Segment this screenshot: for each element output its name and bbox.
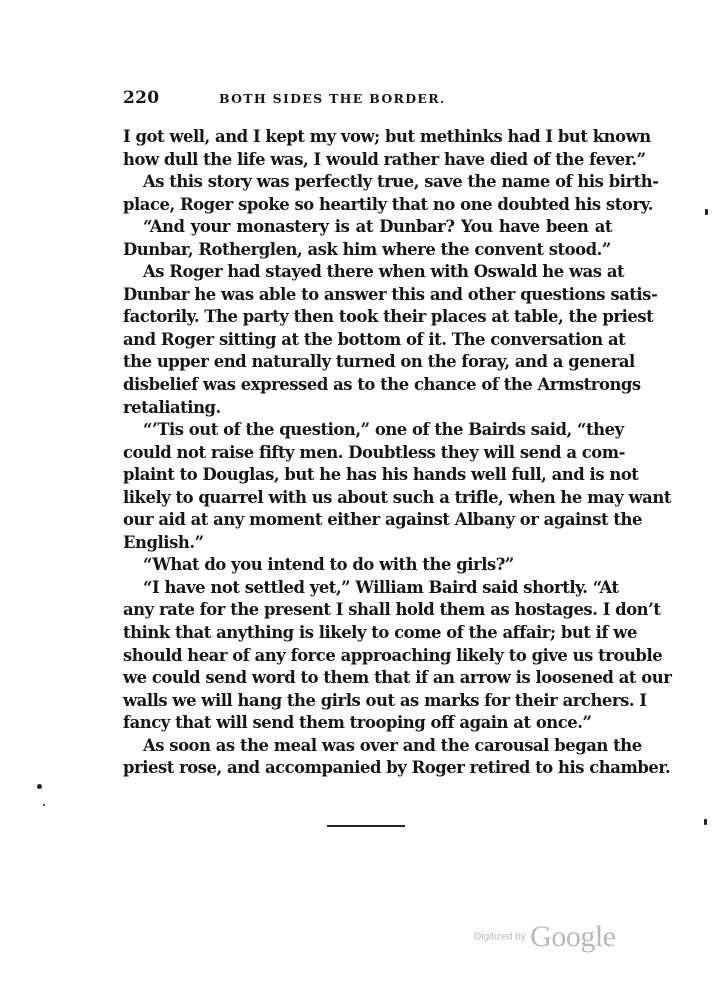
page-number: 220 <box>123 88 159 108</box>
section-end-rule <box>327 825 405 827</box>
text-line: think that anything is likely to come of… <box>123 622 612 645</box>
text-line: likely to quarrel with us about such a t… <box>123 487 612 510</box>
scan-speck <box>43 804 45 806</box>
text-line: fancy that will send them trooping off a… <box>123 712 612 735</box>
running-title: BOTH SIDES THE BORDER. <box>219 91 446 106</box>
text-line: factorily. The party then took their pla… <box>123 306 612 329</box>
scan-speck <box>37 784 42 789</box>
text-line: how dull the life was, I would rather ha… <box>123 149 612 172</box>
body-text: I got well, and I kept my vow; but methi… <box>123 126 612 780</box>
google-logo-text: Google <box>530 920 615 953</box>
text-line: could not raise fifty men. Doubtless the… <box>123 442 612 465</box>
text-line: “What do you intend to do with the girls… <box>123 554 612 577</box>
digitized-watermark: Digitized by Google <box>474 920 615 954</box>
scan-speck <box>704 819 707 825</box>
scan-speck <box>705 209 708 215</box>
text-line: our aid at any moment either against Alb… <box>123 509 612 532</box>
text-line: walls we will hang the girls out as mark… <box>123 690 612 713</box>
text-line: we could send word to them that if an ar… <box>123 667 612 690</box>
text-line: English.” <box>123 532 612 555</box>
text-line: As this story was perfectly true, save t… <box>123 171 612 194</box>
text-line: disbelief was expressed as to the chance… <box>123 374 612 397</box>
text-line: Dunbar, Rotherglen, ask him where the co… <box>123 239 612 262</box>
text-line: and Roger sitting at the bottom of it. T… <box>123 329 612 352</box>
text-line: “’Tis out of the question,” one of the B… <box>123 419 612 442</box>
text-line: “I have not settled yet,” William Baird … <box>123 577 612 600</box>
watermark-prefix: Digitized by <box>474 932 526 943</box>
text-line: priest rose, and accompanied by Roger re… <box>123 757 612 780</box>
text-line: I got well, and I kept my vow; but methi… <box>123 126 612 149</box>
text-line: should hear of any force approaching lik… <box>123 645 612 668</box>
text-line: any rate for the present I shall hold th… <box>123 599 612 622</box>
running-header: 220 BOTH SIDES THE BORDER. <box>123 88 612 110</box>
text-line: “And your monastery is at Dunbar? You ha… <box>123 216 612 239</box>
text-line: plaint to Douglas, but he has his hands … <box>123 464 612 487</box>
text-line: retaliating. <box>123 397 612 420</box>
text-line: Dunbar he was able to answer this and ot… <box>123 284 612 307</box>
text-line: As Roger had stayed there when with Oswa… <box>123 261 612 284</box>
text-line: the upper end naturally turned on the fo… <box>123 351 612 374</box>
text-line: place, Roger spoke so heartily that no o… <box>123 194 612 217</box>
text-line: As soon as the meal was over and the car… <box>123 735 612 758</box>
